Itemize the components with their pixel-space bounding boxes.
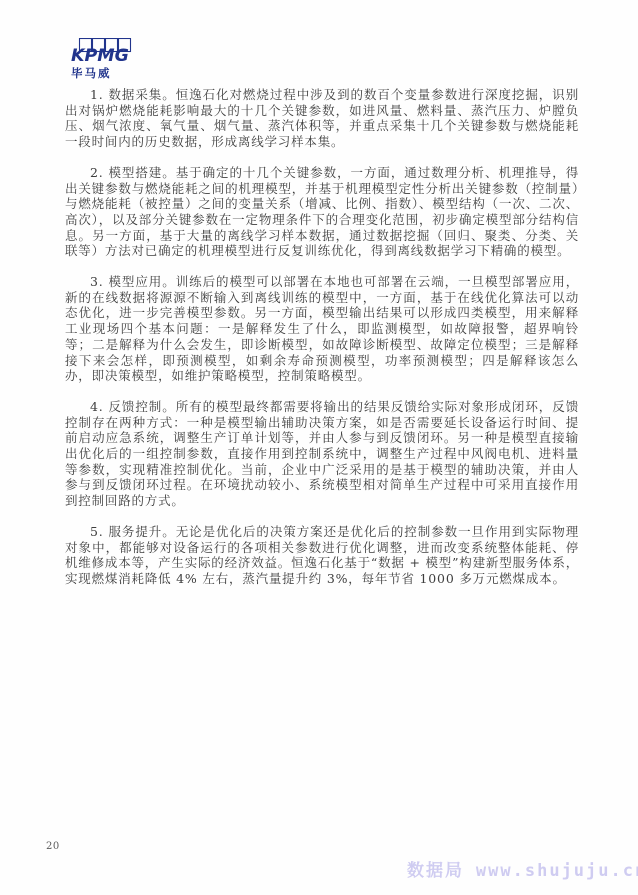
watermark-url: www.shujuju.cn xyxy=(476,861,638,881)
page-number: 20 xyxy=(46,841,60,852)
body-paragraph-2: 2. 模型搭建。基于确定的十几个关键参数，一方面，通过数理分析、机理推导，得出关… xyxy=(65,165,579,259)
kpmg-wordmark: KPMG xyxy=(71,46,129,64)
document-page: KPMG 毕马威 1. 数据采集。恒逸石化对燃烧过程中涉及到的数百个变量参数进行… xyxy=(0,0,638,895)
body-paragraph-4: 4. 反馈控制。所有的模型最终都需要将输出的结果反馈给实际对象形成闭环，反馈控制… xyxy=(65,399,579,509)
body-paragraph-3: 3. 模型应用。训练后的模型可以部署在本地也可部署在云端，一旦模型部署应用，新的… xyxy=(65,274,579,384)
kpmg-logo-icon: KPMG xyxy=(71,38,133,64)
kpmg-chinese-name: 毕马威 xyxy=(71,65,133,81)
watermark: 数据局 www.shujuju.cn xyxy=(407,856,638,881)
watermark-site-name: 数据局 xyxy=(407,861,464,881)
body-paragraph-1: 1. 数据采集。恒逸石化对燃烧过程中涉及到的数百个变量参数进行深度挖掘，识别出对… xyxy=(65,87,579,150)
body-paragraph-5: 5. 服务提升。无论是优化后的决策方案还是优化后的控制参数一旦作用到实际物理对象… xyxy=(65,524,579,587)
kpmg-logo: KPMG 毕马威 xyxy=(71,38,133,81)
document-body: 1. 数据采集。恒逸石化对燃烧过程中涉及到的数百个变量参数进行深度挖掘，识别出对… xyxy=(65,87,579,602)
